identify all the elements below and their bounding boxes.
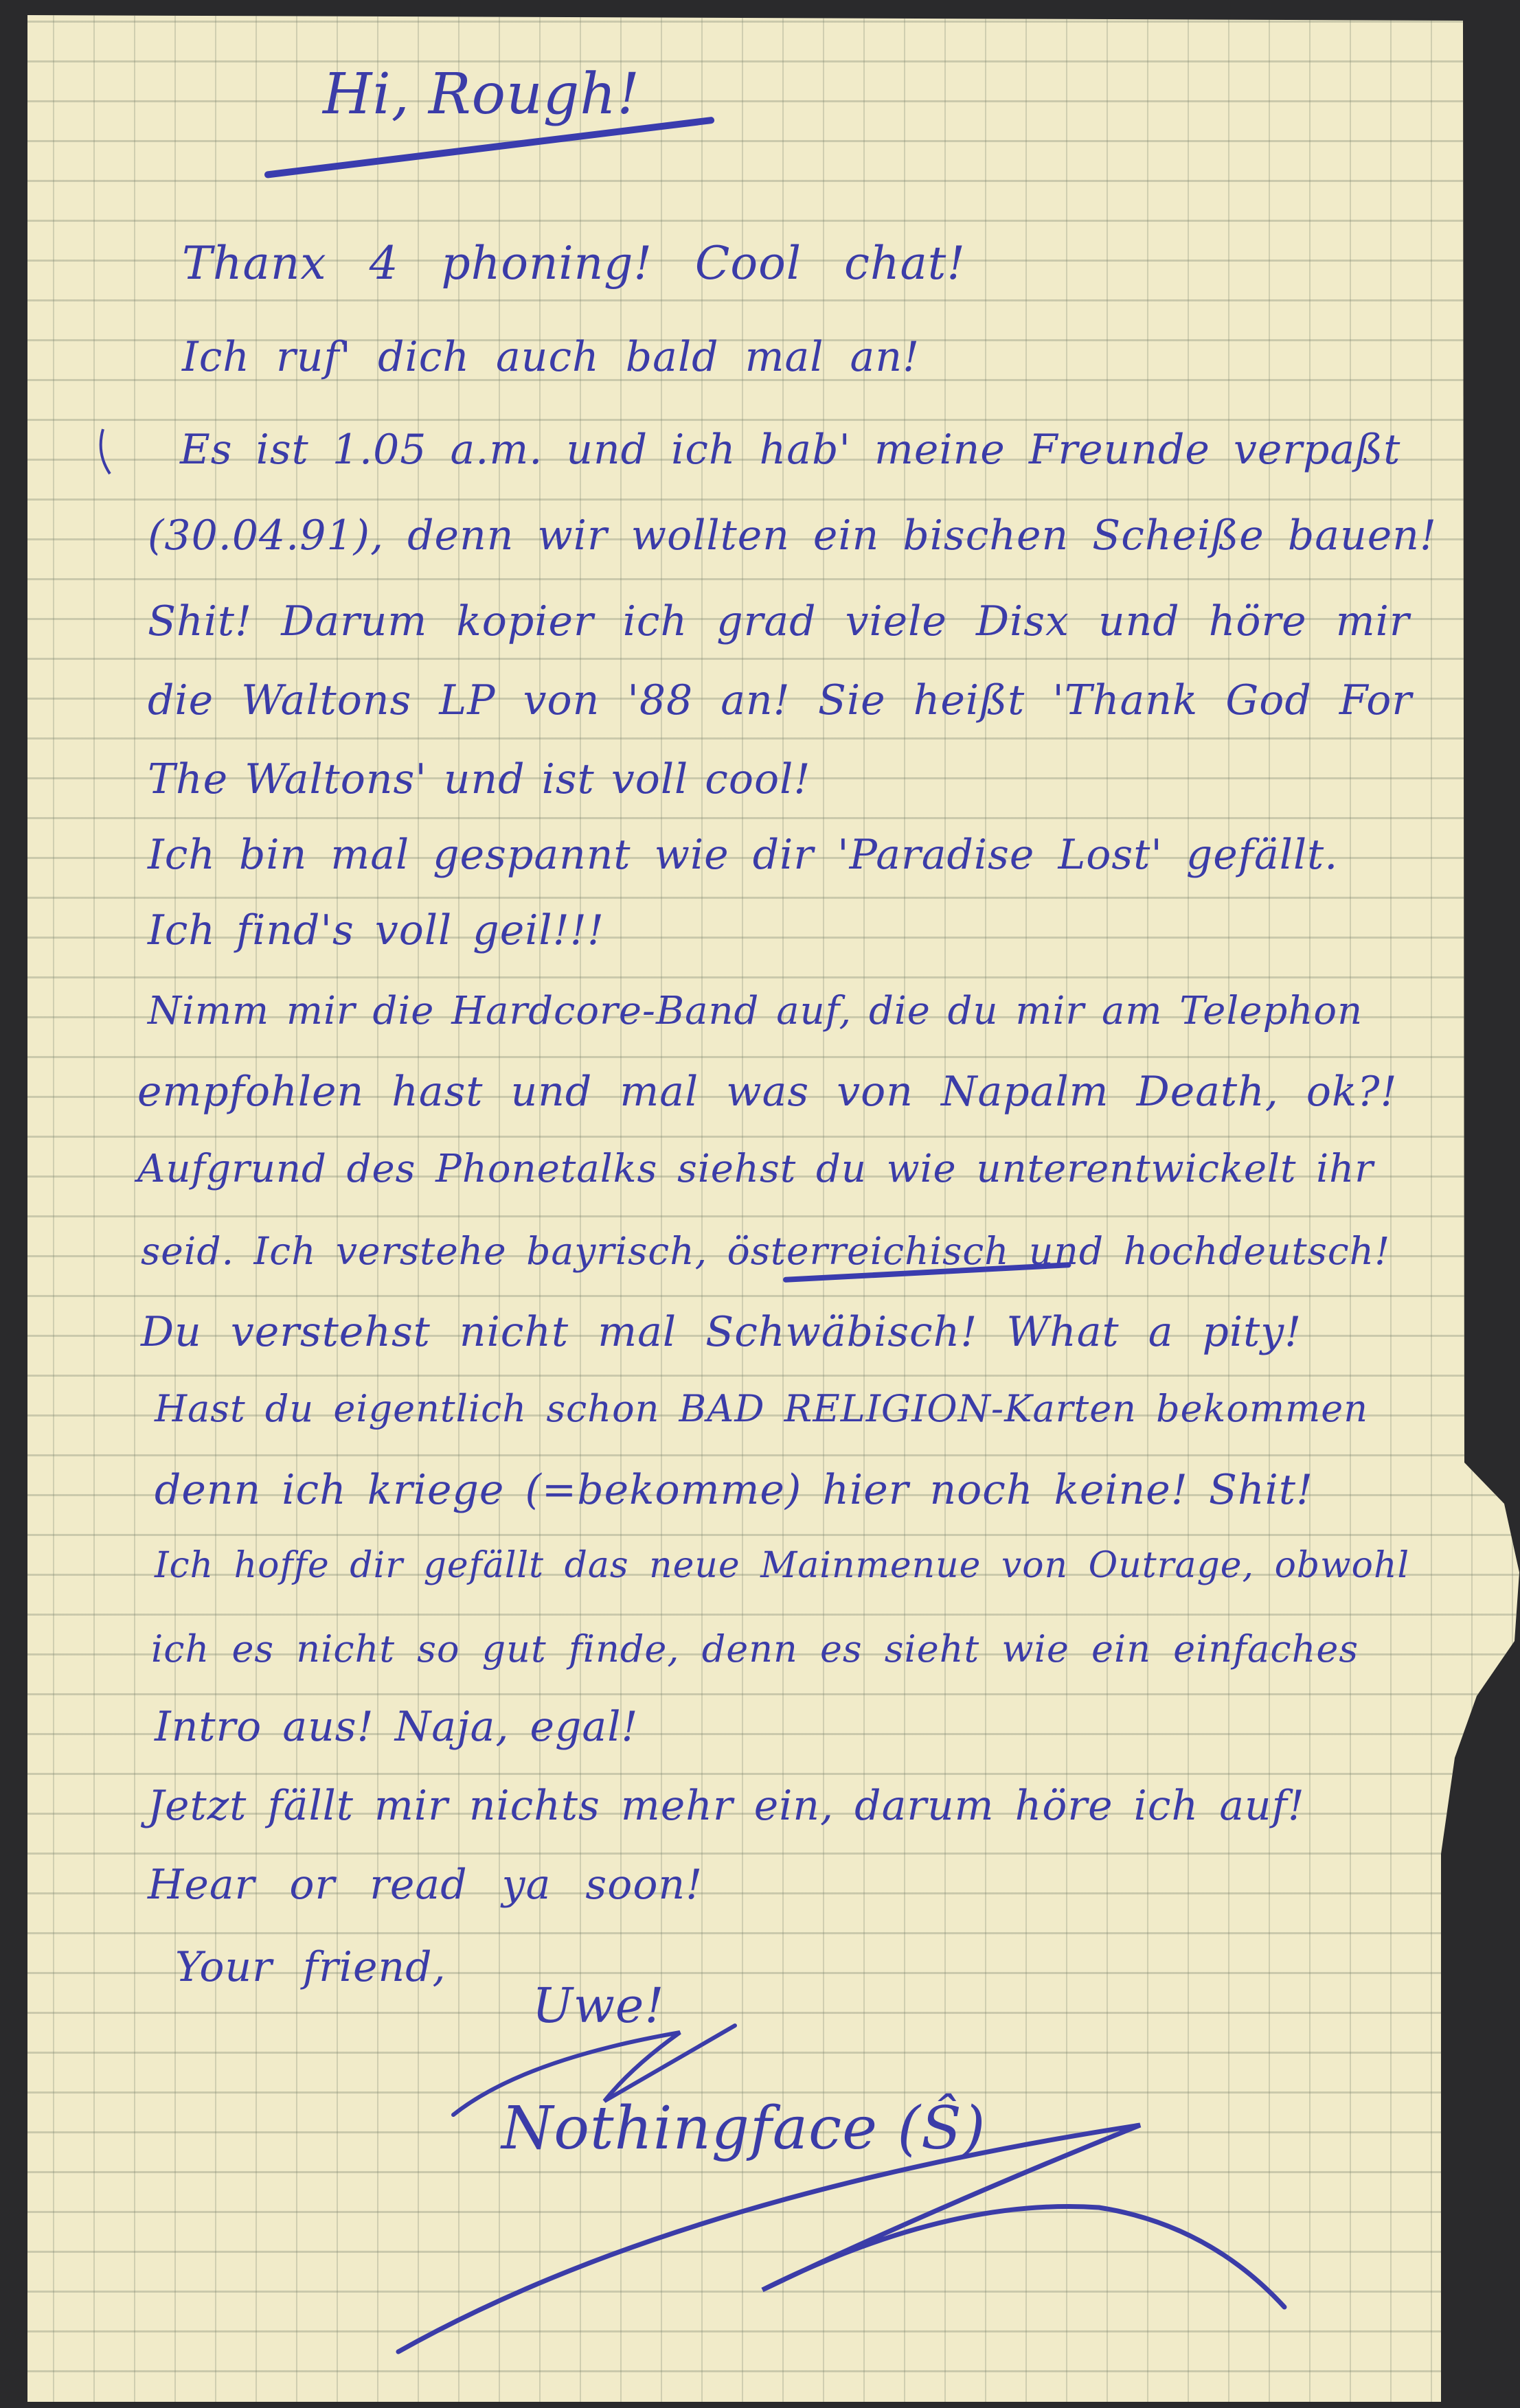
letter-line: Ich hoffe dir gefällt das neue Mainmenue… (155, 1545, 1409, 1586)
letter-line: Nimm mir die Hardcore-Band auf, die du m… (148, 989, 1363, 1033)
letter-line: Thanx 4 phoning! Cool chat! (182, 237, 966, 290)
letter-line: Hast du eigentlich schon BAD RELIGION-Ka… (155, 1387, 1368, 1430)
signature-first-name: Uwe! (532, 1977, 664, 2034)
letter-line: Shit! Darum kopier ich grad viele Disx u… (148, 597, 1410, 645)
letter-line: Du verstehst nicht mal Schwäbisch! What … (141, 1308, 1302, 1356)
letter-line: Aufgrund des Phonetalks siehst du wie un… (137, 1147, 1374, 1191)
letter-line: Hear or read ya soon! (148, 1861, 703, 1909)
letter-greeting: Hi, Rough! (323, 62, 640, 127)
signature-name: Nothingface (Ŝ) (501, 2094, 986, 2163)
letter-line: (30.04.91), denn wir wollten ein bischen… (148, 512, 1437, 560)
letter-line: Es ist 1.05 a.m. und ich hab' meine Freu… (180, 426, 1400, 474)
letter-line: Ich bin mal gespannt wie dir 'Paradise L… (148, 831, 1338, 879)
letter-line: The Waltons' und ist voll cool! (148, 755, 810, 803)
letter-line: denn ich kriege (=bekomme) hier noch kei… (155, 1466, 1313, 1514)
letter-line: Jetzt fällt mir nichts mehr ein, darum h… (148, 1782, 1305, 1830)
letter-line: Intro aus! Naja, egal! (155, 1703, 639, 1751)
letter-line: Ich find's voll geil!!! (148, 906, 604, 954)
letter-line: Ich ruf' dich auch bald mal an! (182, 333, 920, 381)
letter-line: empfohlen hast und mal was von Napalm De… (137, 1068, 1398, 1116)
letter-line: seid. Ich verstehe bayrisch, österreichi… (141, 1229, 1390, 1273)
letter-line: ich es nicht so gut finde, denn es sieht… (151, 1627, 1359, 1671)
letter-line: die Waltons LP von '88 an! Sie heißt 'Th… (148, 676, 1412, 724)
letter-closing: Your friend, (175, 1943, 446, 1991)
